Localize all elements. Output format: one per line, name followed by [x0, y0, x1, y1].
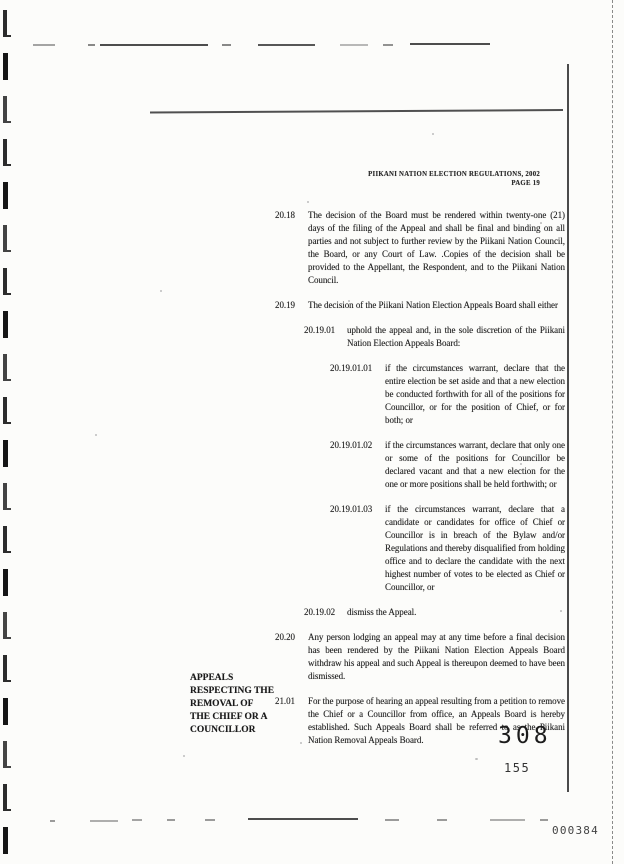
bracket-artifact	[3, 225, 12, 252]
bracket-artifact	[3, 440, 12, 467]
bracket-artifact	[3, 139, 12, 166]
clause-text: dismiss the Appeal.	[347, 606, 565, 619]
clause-text: if the circumstances warrant, declare th…	[385, 362, 565, 427]
footer-document-number: 000384	[552, 824, 599, 837]
clause-row: 20.19.02dismiss the Appeal.	[304, 606, 565, 619]
page-number-stamp: 155	[504, 761, 530, 775]
header-title: PIIKANI NATION ELECTION REGULATIONS, 200…	[368, 171, 540, 180]
bracket-artifact	[3, 483, 12, 510]
clause-row: 20.19.01.01if the circumstances warrant,…	[330, 362, 565, 427]
clause-row: 20.19The decision of the Piikani Nation …	[275, 299, 565, 312]
page-header: PIIKANI NATION ELECTION REGULATIONS, 200…	[368, 171, 540, 188]
bracket-artifact	[3, 397, 12, 424]
clause-row: 20.19.01.03if the circumstances warrant,…	[330, 503, 565, 594]
bracket-artifact	[3, 526, 12, 553]
bracket-artifact	[3, 784, 12, 811]
clause-row: 20.19.01uphold the appeal and, in the so…	[304, 324, 565, 350]
clause-number: 20.19.02	[304, 606, 347, 619]
clause-number: 20.19	[275, 299, 308, 312]
clause-text: The decision of the Board must be render…	[308, 209, 565, 287]
clause-text: if the circumstances warrant, declare th…	[385, 503, 565, 594]
scan-artifact-rule-line	[150, 109, 563, 113]
clause-row: 20.18The decision of the Board must be r…	[275, 209, 565, 287]
clause-text: if the circumstances warrant, declare th…	[385, 439, 565, 491]
clause-number: 20.19.01	[304, 324, 347, 350]
bracket-artifact	[3, 741, 12, 768]
bracket-artifact	[3, 311, 12, 338]
clause-number: 20.19.01.03	[330, 503, 385, 594]
scan-artifact-vertical-line	[567, 64, 569, 792]
bracket-artifact	[3, 354, 12, 381]
stamp-number: 308	[498, 723, 552, 749]
bracket-artifact	[3, 96, 12, 123]
header-page-number: PAGE 19	[368, 180, 540, 189]
bracket-artifact	[3, 655, 12, 682]
clause-number: 20.19.01.02	[330, 439, 385, 491]
clause-text: The decision of the Piikani Nation Elect…	[308, 299, 565, 312]
bracket-artifact	[3, 698, 12, 725]
bracket-artifact	[3, 569, 12, 596]
clause-text: uphold the appeal and, in the sole discr…	[347, 324, 565, 350]
side-heading: APPEALS RESPECTING THE REMOVAL OF THE CH…	[190, 672, 285, 737]
clause-list: 20.18The decision of the Board must be r…	[275, 209, 565, 759]
scan-artifact-brackets	[0, 0, 20, 864]
bracket-artifact	[3, 53, 12, 80]
clause-row: 20.20Any person lodging an appeal may at…	[275, 631, 565, 683]
clause-number: 20.19.01.01	[330, 362, 385, 427]
clause-text: Any person lodging an appeal may at any …	[308, 631, 565, 683]
bracket-artifact	[3, 612, 12, 639]
bracket-artifact	[3, 268, 12, 295]
bracket-artifact	[3, 10, 12, 37]
bracket-artifact	[3, 182, 12, 209]
clause-row: 20.19.01.02if the circumstances warrant,…	[330, 439, 565, 491]
scanned-document-page: PIIKANI NATION ELECTION REGULATIONS, 200…	[0, 0, 624, 864]
clause-number: 20.18	[275, 209, 308, 287]
scan-artifact-dashed-edge	[612, 0, 613, 864]
bracket-artifact	[3, 827, 12, 854]
